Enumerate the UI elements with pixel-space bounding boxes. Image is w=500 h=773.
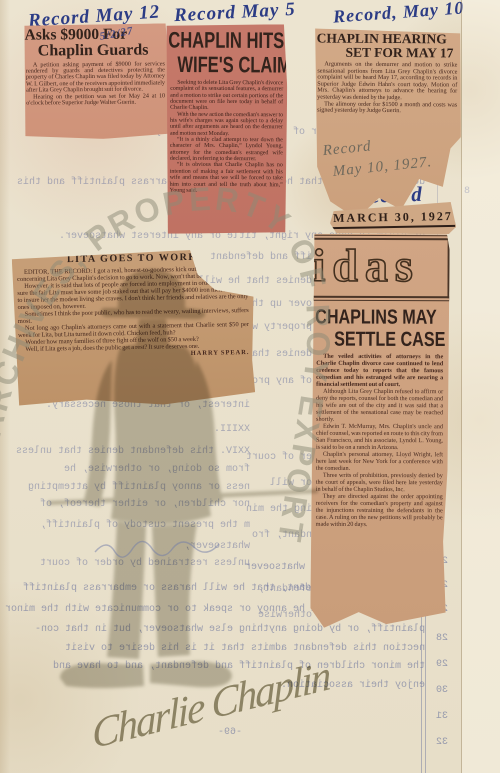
body-paragraph: “It is a thinly clad attempt to tear dow… <box>170 137 283 163</box>
headline: Asks $9000 For <box>22 23 169 43</box>
bleedthrough-typed-line: from so doing, or otherwise, he <box>64 464 250 475</box>
article-body: The veiled activities of attorneys in th… <box>311 351 450 528</box>
body-paragraph: The alimony order for $1500 a month and … <box>317 101 457 115</box>
bleedthrough-page-number: -69- <box>218 727 242 738</box>
bleedthrough-typed-fragment: ing the min <box>246 504 312 515</box>
body-paragraph: Arguments on the demurrer and motion to … <box>317 62 457 103</box>
body-paragraph: Although Lita Grey Chaplin refused to af… <box>316 388 443 423</box>
headline: Chaplin Guards <box>22 42 169 61</box>
scrapbook-page: restrained by order of court, or by doin… <box>0 0 500 773</box>
handwritten-note-record-may-10: Record, May 10 <box>332 0 465 28</box>
headline: CHAPLIN HEARING <box>314 28 462 46</box>
clipping-chaplin-hits-wifes-claims: CHAPLIN HITS WIFE'S CLAIMS Seeking to de… <box>165 24 287 235</box>
masthead-fragment: idas <box>312 240 419 291</box>
article-body: Arguments on the demurrer and motion to … <box>313 60 461 116</box>
body-paragraph: Three writs of prohibition, previously d… <box>316 472 443 493</box>
bleedthrough-typed-line: unless restrained by order of court <box>40 558 250 569</box>
article-body: Seeking to delete Lita Grey Chaplin's di… <box>166 78 288 197</box>
date-line: MARCH 30, 1927 <box>331 209 455 229</box>
body-paragraph: They are directed against the order appo… <box>316 493 443 528</box>
handwritten-pencil-record: Record <box>322 138 372 160</box>
byline: HARRY SPEAR. <box>184 349 250 357</box>
body-paragraph: The veiled activities of attorneys in th… <box>316 353 443 388</box>
margin-line-number: 32 <box>436 737 448 748</box>
bleedthrough-typed-line: plaintiff, or by doing anything else wha… <box>35 624 425 635</box>
bleedthrough-typed-fragment: or will <box>270 478 312 489</box>
newspaper-masthead: idas <box>310 238 449 298</box>
article-body: A petition asking payment of $9000 for s… <box>22 60 169 108</box>
bleedthrough-typed-line: whatsoever, <box>184 541 250 552</box>
headline: WIFE'S CLAIMS <box>166 46 278 87</box>
handwritten-note-record-may-5: Record May 5 <box>174 0 297 27</box>
bleedthrough-typed-line: nor children, or either thereof, of <box>40 499 250 510</box>
headline: SET FOR MAY 17 <box>313 45 461 62</box>
page-edge <box>462 0 500 773</box>
body-paragraph: A petition asking payment of $9000 for s… <box>26 61 165 94</box>
margin-line-number: 30 <box>436 685 448 696</box>
body-paragraph: Hearing on the petition was set for May … <box>26 93 165 107</box>
bleedthrough-typed-fragment: iff and defendant <box>210 252 312 263</box>
clipping-lita-goes-to-work: LITA GOES TO WORK EDITOR, THE RECORD: I … <box>12 249 256 407</box>
margin-line-number: 31 <box>436 711 448 722</box>
headline: SETTLE CASE <box>311 323 442 357</box>
bleedthrough-typed-line: XXIII. <box>214 424 250 435</box>
body-paragraph: “It is obvious that Charlie Chaplin has … <box>170 162 283 194</box>
clipping-chaplin-hearing: CHAPLIN HEARING SET FOR MAY 17 Arguments… <box>312 28 461 221</box>
margin-line-number: 28 <box>436 633 448 644</box>
charlie-chaplin-signature: Charlie Chaplin <box>91 640 374 759</box>
bleedthrough-typed-line: ness or annoy plaintiff by attempting <box>28 482 250 493</box>
clipping-chaplins-may-settle-case: idas CHAPLINS MAY SETTLE CASE The veiled… <box>310 234 449 628</box>
body-paragraph: Chaplin's personal attorney, Lloyd Wrigh… <box>316 451 443 472</box>
clipping-chaplin-guards: Asks $9000 For Chaplin Guards A petition… <box>22 23 170 139</box>
bleedthrough-typed-line: XXIV. this defendant denies that unless <box>16 446 250 457</box>
bleedthrough-typed-fragment: ndant, fro <box>252 530 312 541</box>
handwritten-pencil-date: May 10, 1927. <box>332 154 433 181</box>
bleedthrough-typed-line: m the present custody of plaintiff, <box>40 520 250 531</box>
margin-line-number: 29 <box>436 659 448 670</box>
bleedthrough-typed-fragment: denies that he will <box>198 276 312 287</box>
bleedthrough-typed-fragment: er of court <box>246 452 312 463</box>
body-paragraph: With the new action the comedian's answe… <box>170 111 283 137</box>
body-paragraph: Edwin T. McMurray, Mrs. Chaplin's uncle … <box>316 423 443 451</box>
